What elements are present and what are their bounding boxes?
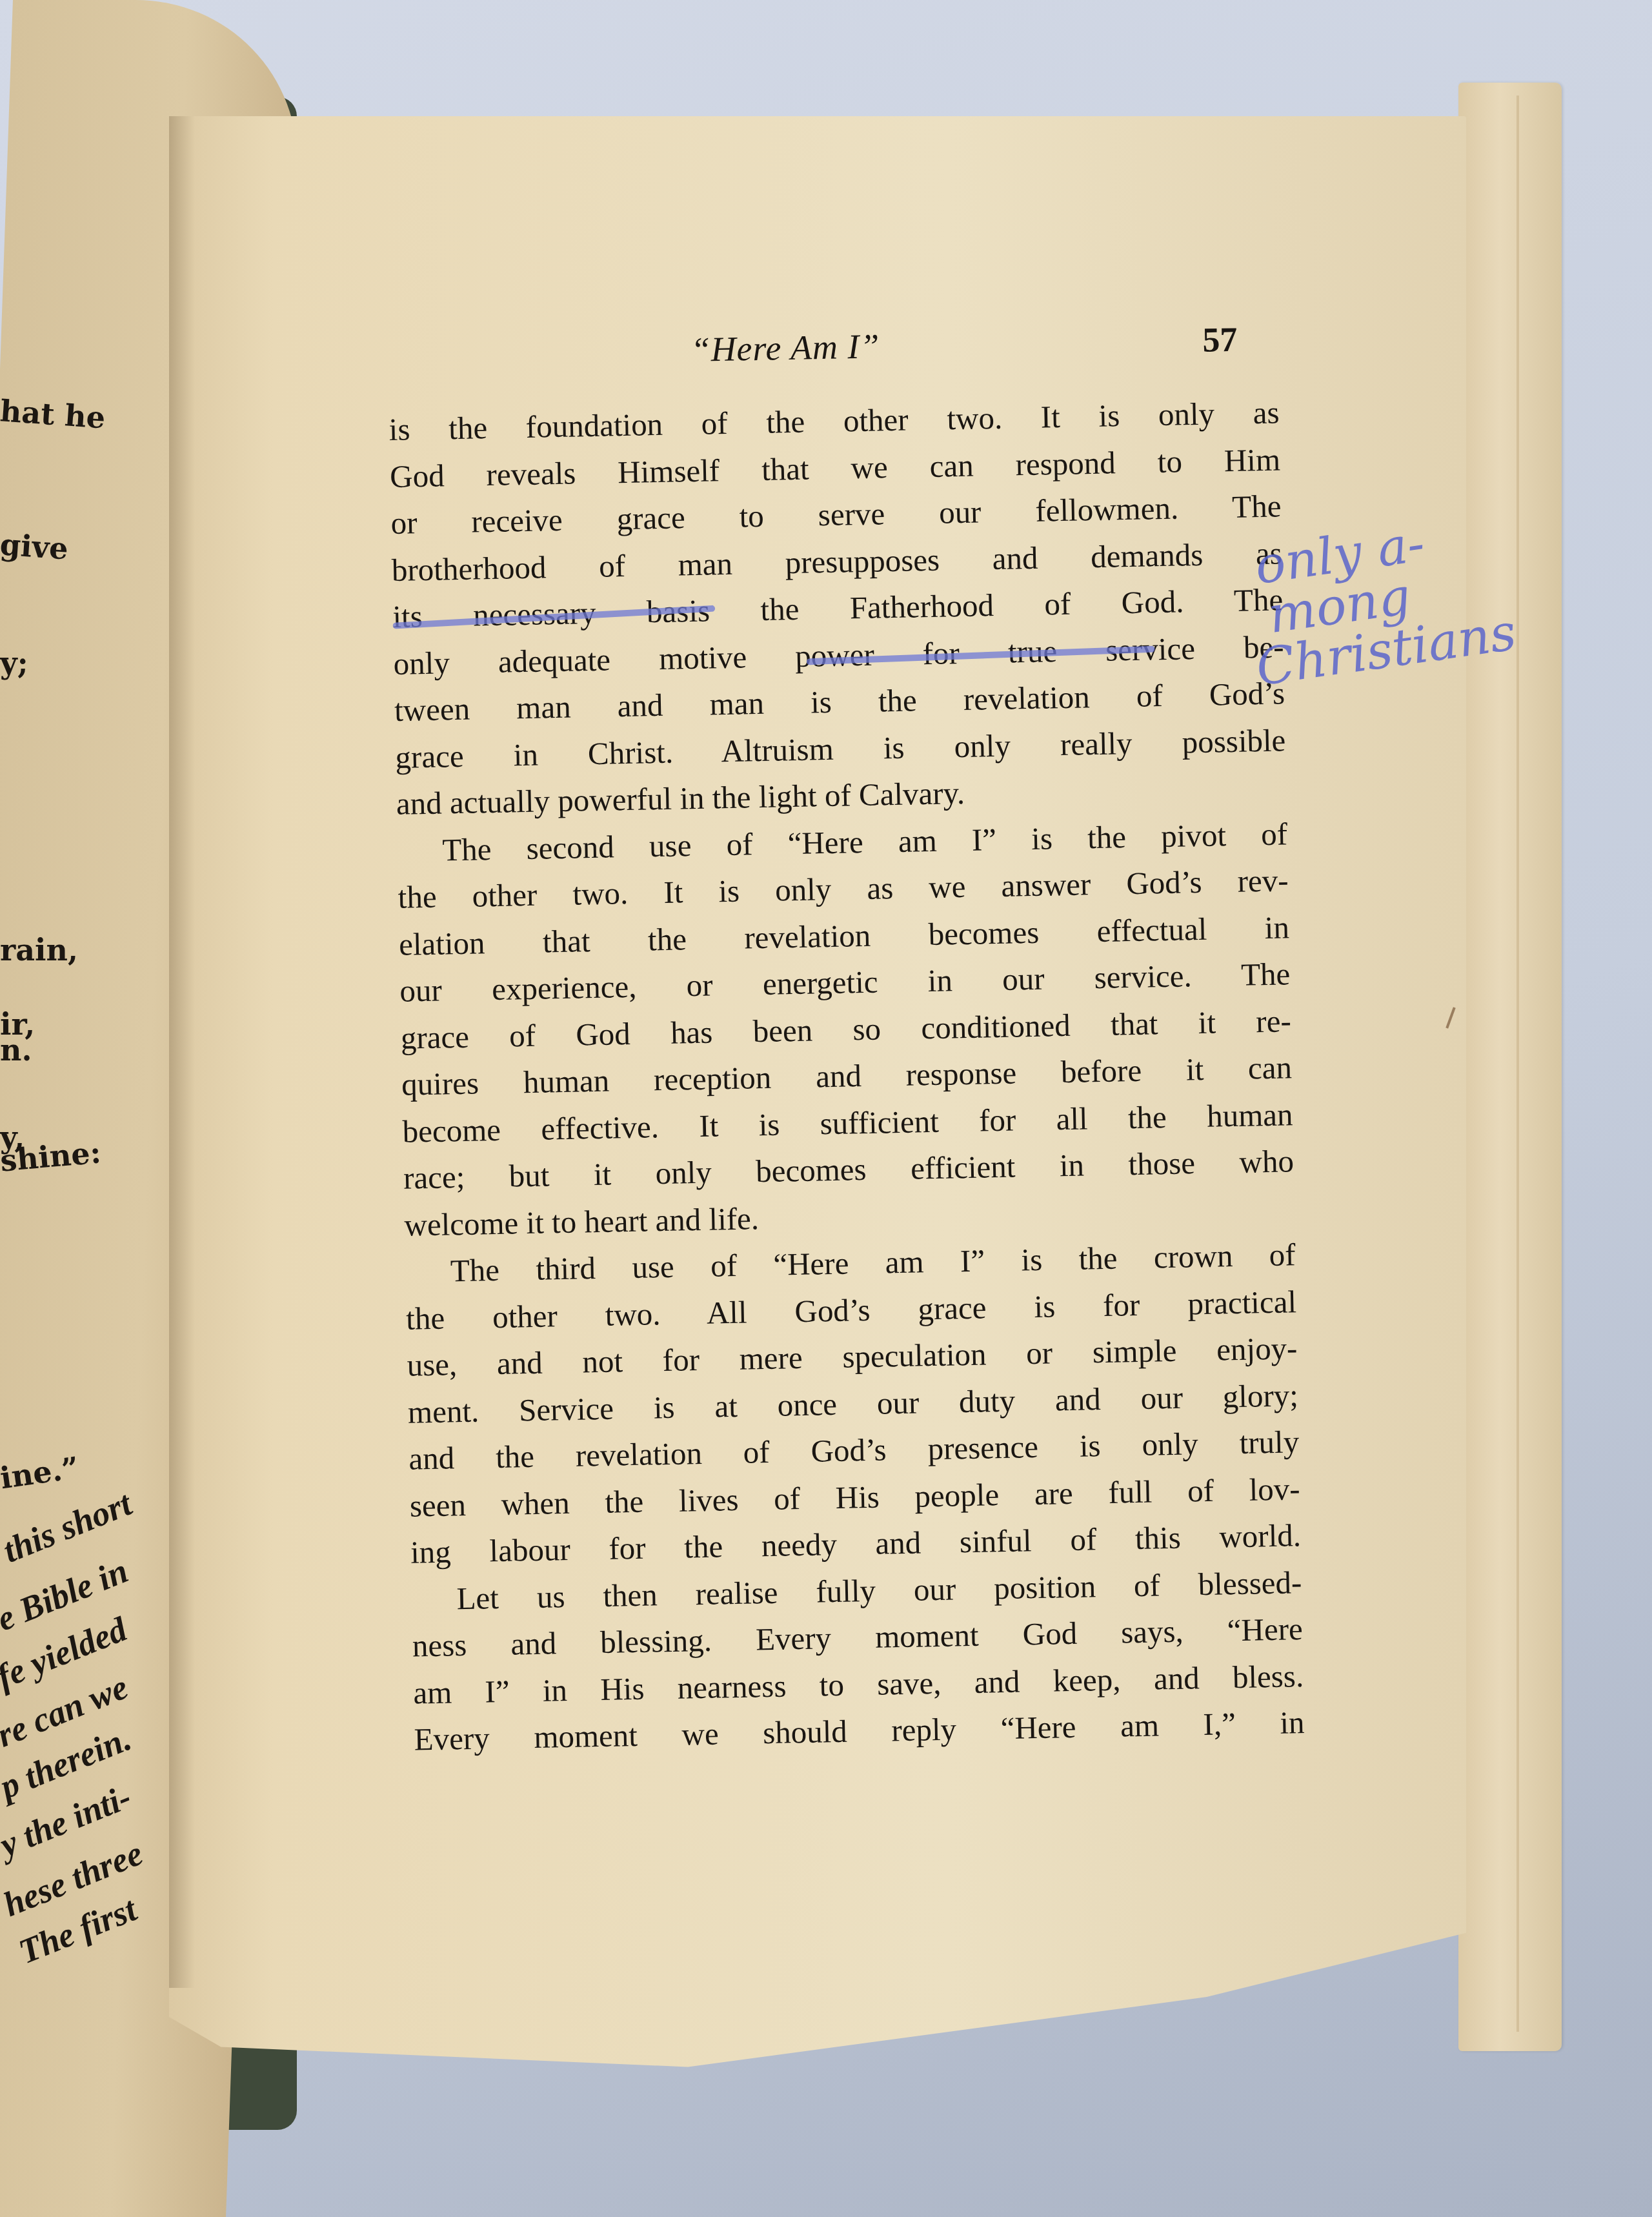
left-fragment: rain, [0, 933, 78, 967]
gutter-shadow [169, 116, 195, 1988]
page-body: “Here Am I” 57 is the foundation of the … [387, 319, 1305, 1764]
book-cover-edge [1458, 83, 1562, 2051]
handwritten-margin-note: only a- mong Christians [1252, 507, 1519, 691]
cover-crease [1516, 96, 1519, 2032]
left-fragment: y; [0, 645, 28, 680]
left-fragment: n. [0, 1033, 32, 1068]
running-head-title: “Here Am I” [690, 326, 880, 370]
left-fragment: hat he [0, 393, 106, 435]
left-fragment: give [0, 527, 69, 566]
book-photo: hat he give y; rain, ir, n. y, shine: in… [0, 0, 1652, 2217]
page-number: 57 [1202, 319, 1238, 360]
